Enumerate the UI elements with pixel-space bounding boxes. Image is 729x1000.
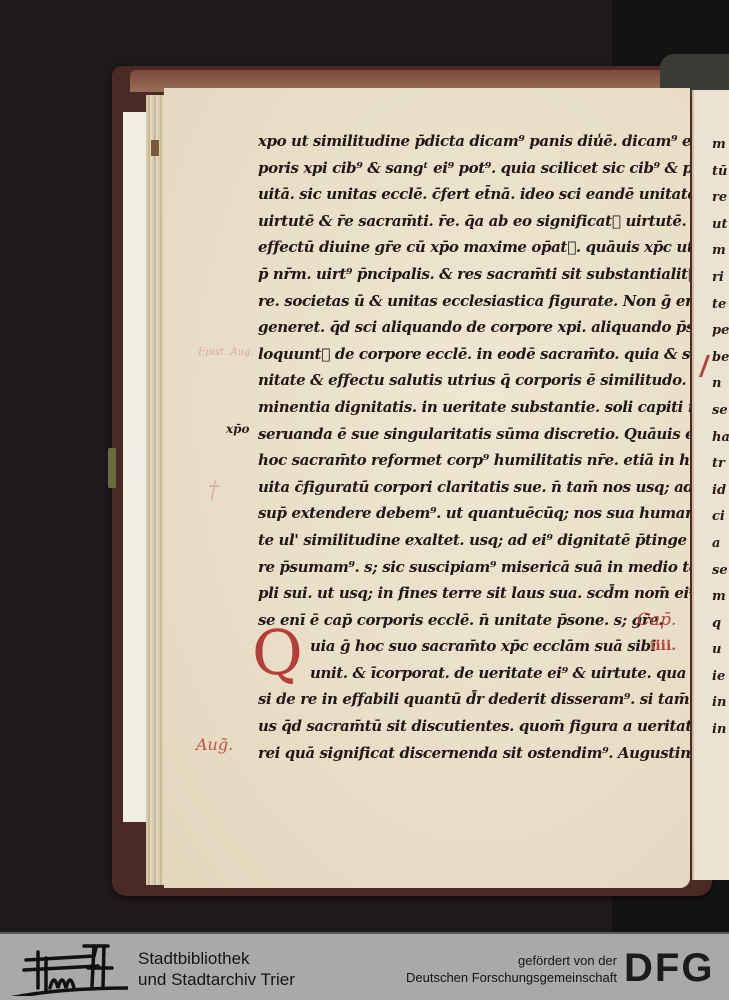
text-line: hoc sacram̄to reformet corp⁹ humilitatis…: [258, 447, 690, 474]
decorated-initial: Q: [252, 622, 310, 684]
manuscript-viewer: Epist. Aug. xp̄o † Aug̃. xpo ut similitu…: [0, 0, 729, 932]
text-line: se enī ē cap̄ corporis ecclē. n̄ unitate…: [258, 607, 690, 634]
margin-note-faint: Epist. Aug.: [198, 347, 254, 359]
clasp-icon: [108, 448, 116, 488]
facing-line: n: [712, 371, 729, 398]
text-line: uirtutē & r̄e sacram̄ti. r̄e. q̄a ab eo …: [258, 208, 690, 235]
text-line: uia ḡ hoc suo sacram̄to xp̄c ecclām suā …: [258, 633, 690, 660]
facing-line: pe: [712, 318, 729, 345]
text-line: pli sui. ut usq; in fines terre sit laus…: [258, 580, 690, 607]
facing-line: ha: [712, 425, 729, 452]
facing-line: m: [712, 132, 729, 159]
text-line: sup̄ extendere debem⁹. ut quantuēcūq; no…: [258, 500, 690, 527]
margin-note-aug: Aug̃.: [196, 735, 233, 754]
text-line: us q̄d sacram̄tū sit discutientes. quom̄…: [258, 713, 690, 740]
text-line: xpo ut similitudine p̄dicta dicam⁹ panis…: [258, 128, 690, 155]
facing-line: m: [712, 238, 729, 265]
facing-line: ie: [712, 664, 729, 691]
funding-line1: gefördert von der: [406, 952, 617, 969]
text-line: uita c̄figuratū corpori claritatis sue. …: [258, 474, 690, 501]
stadtbibliothek-trier-logo-icon: [8, 938, 128, 996]
footer-banner: Stadtbibliothek und Stadtarchiv Trier ge…: [0, 932, 729, 1000]
facing-line: u: [712, 637, 729, 664]
facing-line: se: [712, 398, 729, 425]
page-edges: [146, 95, 166, 885]
facing-line: te: [712, 292, 729, 319]
facing-line: id: [712, 478, 729, 505]
funding-line2: Deutschen Forschungsgemeinschaft: [406, 969, 617, 986]
facing-line: re: [712, 185, 729, 212]
text-line: re. societas ū & unitas ecclesiastica fi…: [258, 288, 690, 315]
flyleaf: [123, 112, 147, 822]
text-line: p̄ nr̄m. uirt⁹ p̄ncipalis. & res sacram̄…: [258, 261, 690, 288]
text-line: si de re in effabili quantū d̄r dederit …: [258, 686, 690, 713]
facing-line: ri: [712, 265, 729, 292]
page-tab-marker: [151, 140, 159, 156]
facing-line: a: [712, 531, 729, 558]
text-line: nitate & effectu salutis utrius q̄ corpo…: [258, 367, 690, 394]
facing-line: tr: [712, 451, 729, 478]
text-line: effectū diuine gr̄e cū xp̄o maxime op̄at…: [258, 234, 690, 261]
dfg-logo-icon: DFG: [624, 948, 714, 988]
text-line: generet. q̄d sci aliquando de corpore xp…: [258, 314, 690, 341]
manuscript-text: xpo ut similitudine p̄dicta dicam⁹ panis…: [258, 128, 690, 766]
text-line: uitā. sic unitas ecclē. c̄fert et̄nā. id…: [258, 181, 690, 208]
facing-line: ut: [712, 212, 729, 239]
text-line: te ul' similitudine exaltet. usq; ad ei⁹…: [258, 527, 690, 554]
library-name-line2: und Stadtarchiv Trier: [138, 969, 295, 990]
facing-line: be: [712, 345, 729, 372]
margin-note-xpo: xp̄o: [226, 422, 250, 436]
cross-icon: †: [208, 478, 219, 503]
chapter-label: Cap̄.: [637, 610, 676, 630]
text-line: seruanda ē sue singularitatis sūma discr…: [258, 421, 690, 448]
facing-line: m: [712, 584, 729, 611]
library-name-line1: Stadtbibliothek: [138, 948, 295, 969]
facing-line: se: [712, 558, 729, 585]
text-line: rei quā significat discernenda sit osten…: [258, 740, 690, 767]
facing-line: in: [712, 717, 729, 744]
chapter-number: iiii.: [650, 638, 676, 654]
text-line: poris xpi cib⁹ & sangᵗ ei⁹ pot⁹. quia sc…: [258, 155, 690, 182]
text-line: re p̄sumam⁹. s; sic suscipiam⁹ misericā …: [258, 554, 690, 581]
facing-line: ci: [712, 504, 729, 531]
text-line: loquunt᷑ de corpore ecclē. in eodē sacra…: [258, 341, 690, 368]
funding-notice: gefördert von der Deutschen Forschungsge…: [406, 952, 617, 986]
text-line: unit. & īcorporat. de ueritate ei⁹ & uir…: [258, 660, 690, 687]
text-line: minentia dignitatis. in ueritate substan…: [258, 394, 690, 421]
library-name: Stadtbibliothek und Stadtarchiv Trier: [138, 948, 295, 990]
facing-page-text: m tū re ut m ri te pe be n se ha tr id c…: [712, 132, 729, 744]
facing-line: q: [712, 611, 729, 638]
facing-line: tū: [712, 159, 729, 186]
facing-line: in: [712, 690, 729, 717]
